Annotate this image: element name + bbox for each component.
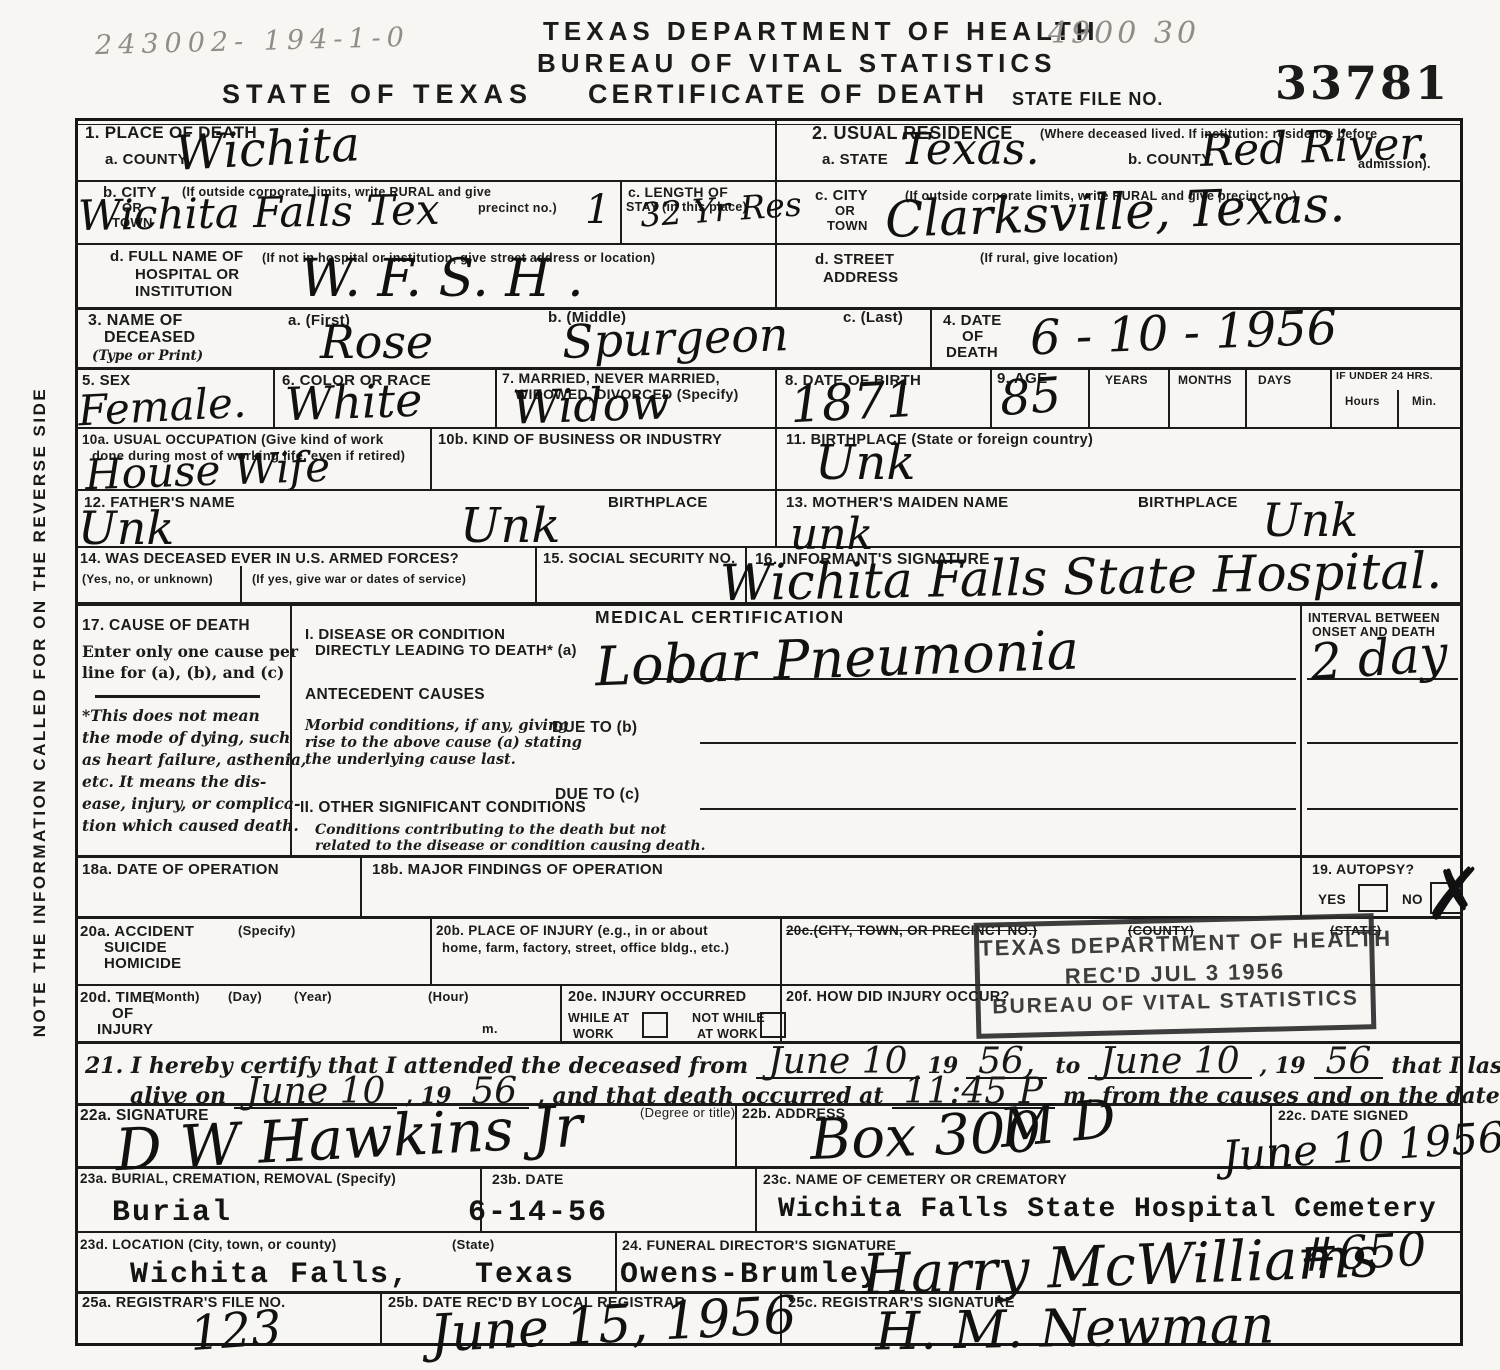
time-hour-label: (Hour) [428, 990, 469, 1004]
received-stamp: TEXAS DEPARTMENT OF HEALTH REC'D JUL 3 1… [974, 913, 1377, 1039]
fathers-name-value: Unk [78, 508, 174, 549]
age-min-label: Min. [1412, 396, 1436, 408]
physician-address-value: Box 300 [809, 1108, 1042, 1166]
state-file-number: 33781 [1275, 56, 1450, 110]
mothers-name-value: unk [790, 515, 873, 555]
age-years-label: YEARS [1105, 374, 1148, 387]
name-of-deceased-label2: DECEASED [104, 330, 195, 347]
marital-status-value: Widow [511, 382, 670, 429]
header-bureau: BUREAU OF VITAL STATISTICS [537, 50, 1057, 77]
antecedent-label: ANTECEDENT CAUSES [305, 687, 485, 703]
autopsy-no-x-mark: ✗ [1424, 862, 1484, 927]
residence-state-value: Texas. [900, 130, 1040, 170]
certify-text-5: that I last saw the deceased [1391, 1053, 1500, 1079]
place-of-injury-label1: 20b. PLACE OF INJURY (e.g., in or about [436, 924, 708, 938]
age-days-label: DAYS [1258, 374, 1291, 387]
time-day-label: (Day) [228, 990, 262, 1004]
accident-label2: SUICIDE [104, 940, 167, 956]
burial-location-state-value: Texas [475, 1258, 575, 1292]
date-of-death-value: 6 - 10 - 1956 [1029, 307, 1338, 361]
armed-forces-note2: (If yes, give war or dates of service) [252, 573, 466, 586]
registrar-signature-value: H. M. Newman [875, 1303, 1275, 1357]
residence-city-label: c. CITY [815, 188, 868, 204]
place-of-injury-label2: home, farm, factory, street, office bldg… [442, 941, 729, 955]
certify-text-3: to [1055, 1053, 1080, 1079]
residence-state-label: a. STATE [822, 152, 888, 168]
injury-occurred-label: 20e. INJURY OCCURRED [568, 990, 746, 1005]
medical-certification-title: MEDICAL CERTIFICATION [595, 608, 845, 626]
header-certificate-title: CERTIFICATE OF DEATH [588, 80, 988, 108]
armed-forces-label: 14. WAS DECEASED EVER IN U.S. ARMED FORC… [80, 552, 459, 567]
hospital-name-label3: INSTITUTION [135, 284, 232, 300]
residence-city-town: TOWN [827, 219, 868, 233]
burial-date-label: 23b. DATE [492, 1172, 564, 1187]
residence-county-value: Red River. [1199, 124, 1430, 172]
how-injury-label: 20f. HOW DID INJURY OCCUR? [786, 990, 1010, 1005]
due-to-b-label: DUE TO (b) [552, 720, 637, 736]
residence-county-label: b. COUNTY [1128, 152, 1212, 168]
certify-text-1: 21. I hereby certify that I attended the… [85, 1053, 748, 1079]
autopsy-yes-checkbox [1358, 884, 1388, 912]
cause-italic-1: *This does not mean [82, 706, 260, 725]
accident-label1: 20a. ACCIDENT [80, 924, 194, 940]
certify-from-date: June 10 [756, 1048, 919, 1079]
city-note2: precinct no.) [478, 202, 557, 215]
death-certificate-scan: 243002- 194-1-0 TEXAS DEPARTMENT OF HEAL… [0, 0, 1500, 1370]
registrar-file-value: 123 [189, 1307, 283, 1356]
cause-italic-2: the mode of dying, such [82, 728, 290, 747]
burial-label: 23a. BURIAL, CREMATION, REMOVAL (Specify… [80, 1172, 396, 1186]
header-department: TEXAS DEPARTMENT OF HEALTH [543, 18, 1100, 45]
cause-italic-3: as heart failure, asthenia, [82, 750, 306, 769]
time-of-injury-label3: INJURY [97, 1022, 153, 1038]
age-under24-label: IF UNDER 24 HRS. [1336, 371, 1433, 382]
accident-label3: HOMICIDE [104, 956, 181, 972]
pencil-number-top-left: 243002- 194-1-0 [95, 22, 411, 61]
first-name-value: Rose [320, 322, 433, 363]
stamp-line1: TEXAS DEPARTMENT OF HEALTH [979, 926, 1370, 962]
accident-specify: (Specify) [238, 924, 296, 938]
time-of-injury-label1: 20d. TIME [80, 990, 153, 1006]
cause-italic-6: tion which caused death. [82, 816, 299, 835]
residence-city-value: Clarksville, Texas. [884, 182, 1345, 243]
interval-label1: INTERVAL BETWEEN [1308, 612, 1440, 625]
cause-note1: Enter only one cause per [82, 642, 298, 661]
certify-text-10: from the causes and on the date stated a… [1102, 1083, 1500, 1109]
date-of-operation-label: 18a. DATE OF OPERATION [82, 862, 279, 878]
sidebar-divider [95, 695, 260, 698]
father-birthplace-value: Unk [460, 505, 560, 548]
business-industry-label: 10b. KIND OF BUSINESS OR INDUSTRY [438, 433, 722, 448]
disease-label2: DIRECTLY LEADING TO DEATH* (a) [315, 643, 577, 659]
time-m-label: m. [482, 1022, 498, 1036]
certify-text-4: , 19 [1260, 1053, 1306, 1079]
major-findings-label: 18b. MAJOR FINDINGS OF OPERATION [372, 862, 663, 878]
cemetery-label: 23c. NAME OF CEMETERY OR CREMATORY [763, 1172, 1067, 1187]
pencil-number-top-right: 4900 30 [1048, 16, 1200, 51]
name-of-deceased-label1: 3. NAME OF [88, 313, 183, 330]
morbid-note3: the underlying cause last. [305, 751, 516, 768]
degree-or-title-label: (Degree or title) [640, 1106, 735, 1120]
date-of-birth-value: 1871 [789, 377, 918, 429]
street-address-label2: ADDRESS [823, 270, 898, 286]
cause-of-death-label: 17. CAUSE OF DEATH [82, 618, 250, 634]
time-year-label: (Year) [294, 990, 332, 1004]
while-at-work-checkbox [642, 1012, 668, 1038]
mother-birthplace-label: BIRTHPLACE [1138, 495, 1238, 511]
time-month-label: (Month) [150, 990, 200, 1004]
header-state-of-texas: STATE OF TEXAS [222, 80, 533, 108]
length-of-stay-value: 32 Yr Res [639, 189, 803, 230]
certify-text-6: alive on [130, 1083, 226, 1109]
date-of-death-label1: 4. DATE [943, 313, 1002, 329]
cause-note2: line for (a), (b), and (c) [82, 663, 284, 682]
cause-italic-5: ease, injury, or complica- [82, 794, 300, 813]
autopsy-no-label: NO [1402, 893, 1423, 907]
hospital-name-label1: d. FULL NAME OF [110, 249, 243, 265]
father-birthplace-label: BIRTHPLACE [608, 495, 708, 511]
occupation-value: House Wife [84, 448, 330, 494]
hospital-name-label2: HOSPITAL OR [135, 267, 239, 283]
city-value: Wichita Falls Tex [78, 191, 440, 235]
burial-date-value: 6-14-56 [468, 1196, 608, 1230]
other-conditions-label: II. OTHER SIGNIFICANT CONDITIONS [300, 800, 586, 816]
certify-to-year: 56 [1314, 1048, 1384, 1079]
burial-location-label: 23d. LOCATION (City, town, or county) [80, 1238, 337, 1252]
not-while-at-work-checkbox [760, 1012, 786, 1038]
morbid-note1: Morbid conditions, if any, giving [305, 717, 569, 734]
age-hours-label: Hours [1345, 396, 1380, 408]
date-recd-value: June 15, 1956 [429, 1292, 798, 1358]
burial-value: Burial [112, 1196, 232, 1230]
disease-value: Lobar Pneumonia [594, 627, 1079, 692]
mother-birthplace-value: Unk [1262, 500, 1358, 541]
stamp-line3: BUREAU OF VITAL STATISTICS [980, 986, 1370, 1020]
street-address-label1: d. STREET [815, 252, 894, 268]
state-file-no-label: STATE FILE NO. [1012, 90, 1163, 109]
while-at-label: WHILE AT [568, 1012, 629, 1025]
certify-to-date: June 10 [1088, 1048, 1251, 1079]
age-value: 85 [999, 374, 1063, 421]
cause-italic-4: etc. It means the dis- [82, 772, 266, 791]
autopsy-yes-label: YES [1318, 893, 1346, 907]
not-at-work-label: AT WORK [697, 1028, 758, 1041]
autopsy-label: 19. AUTOPSY? [1312, 862, 1414, 877]
while-work-label: WORK [573, 1028, 614, 1041]
residence-city-or: OR [835, 204, 855, 218]
other-conditions-note2: related to the disease or condition caus… [315, 838, 705, 854]
county-value: Wichita [174, 123, 361, 176]
age-months-label: MONTHS [1178, 374, 1232, 387]
last-name-label: c. (Last) [843, 310, 903, 326]
burial-location-state-label: (State) [452, 1238, 495, 1252]
time-of-injury-label2: OF [112, 1006, 133, 1022]
middle-name-value: Spurgeon [561, 314, 789, 363]
date-of-death-label3: DEATH [946, 345, 998, 361]
precinct-value: 1 [585, 192, 610, 228]
sex-value: Female. [77, 384, 247, 431]
birthplace-value: Unk [815, 442, 915, 485]
date-of-death-label2: OF [962, 329, 983, 345]
stamp-line2: REC'D JUL 3 1956 [980, 956, 1371, 992]
color-race-value: White [284, 380, 423, 426]
type-or-print-note: (Type or Print) [92, 348, 203, 364]
funeral-director-number: #650 [1299, 1229, 1427, 1277]
funeral-director-label: 24. FUNERAL DIRECTOR'S SIGNATURE [622, 1238, 896, 1253]
reverse-side-note: NOTE THE INFORMATION CALLED FOR ON THE R… [30, 387, 50, 1037]
disease-label1: I. DISEASE OR CONDITION [305, 627, 505, 643]
armed-forces-note1: (Yes, no, or unknown) [82, 573, 213, 586]
other-conditions-note1: Conditions contributing to the death but… [315, 822, 666, 838]
informant-signature-value: Wichita Falls State Hospital. [720, 549, 1443, 607]
not-while-label: NOT WHILE [692, 1012, 765, 1025]
interval-value: 2 day [1309, 631, 1450, 686]
street-address-note: (If rural, give location) [980, 252, 1118, 265]
ssn-label: 15. SOCIAL SECURITY NO. [543, 552, 736, 567]
burial-location-value: Wichita Falls, [130, 1258, 410, 1292]
morbid-note2: rise to the above cause (a) stating [305, 734, 582, 751]
hospital-name-value: W. F. S. H . [300, 256, 584, 303]
cemetery-value: Wichita Falls State Hospital Cemetery [778, 1194, 1437, 1225]
